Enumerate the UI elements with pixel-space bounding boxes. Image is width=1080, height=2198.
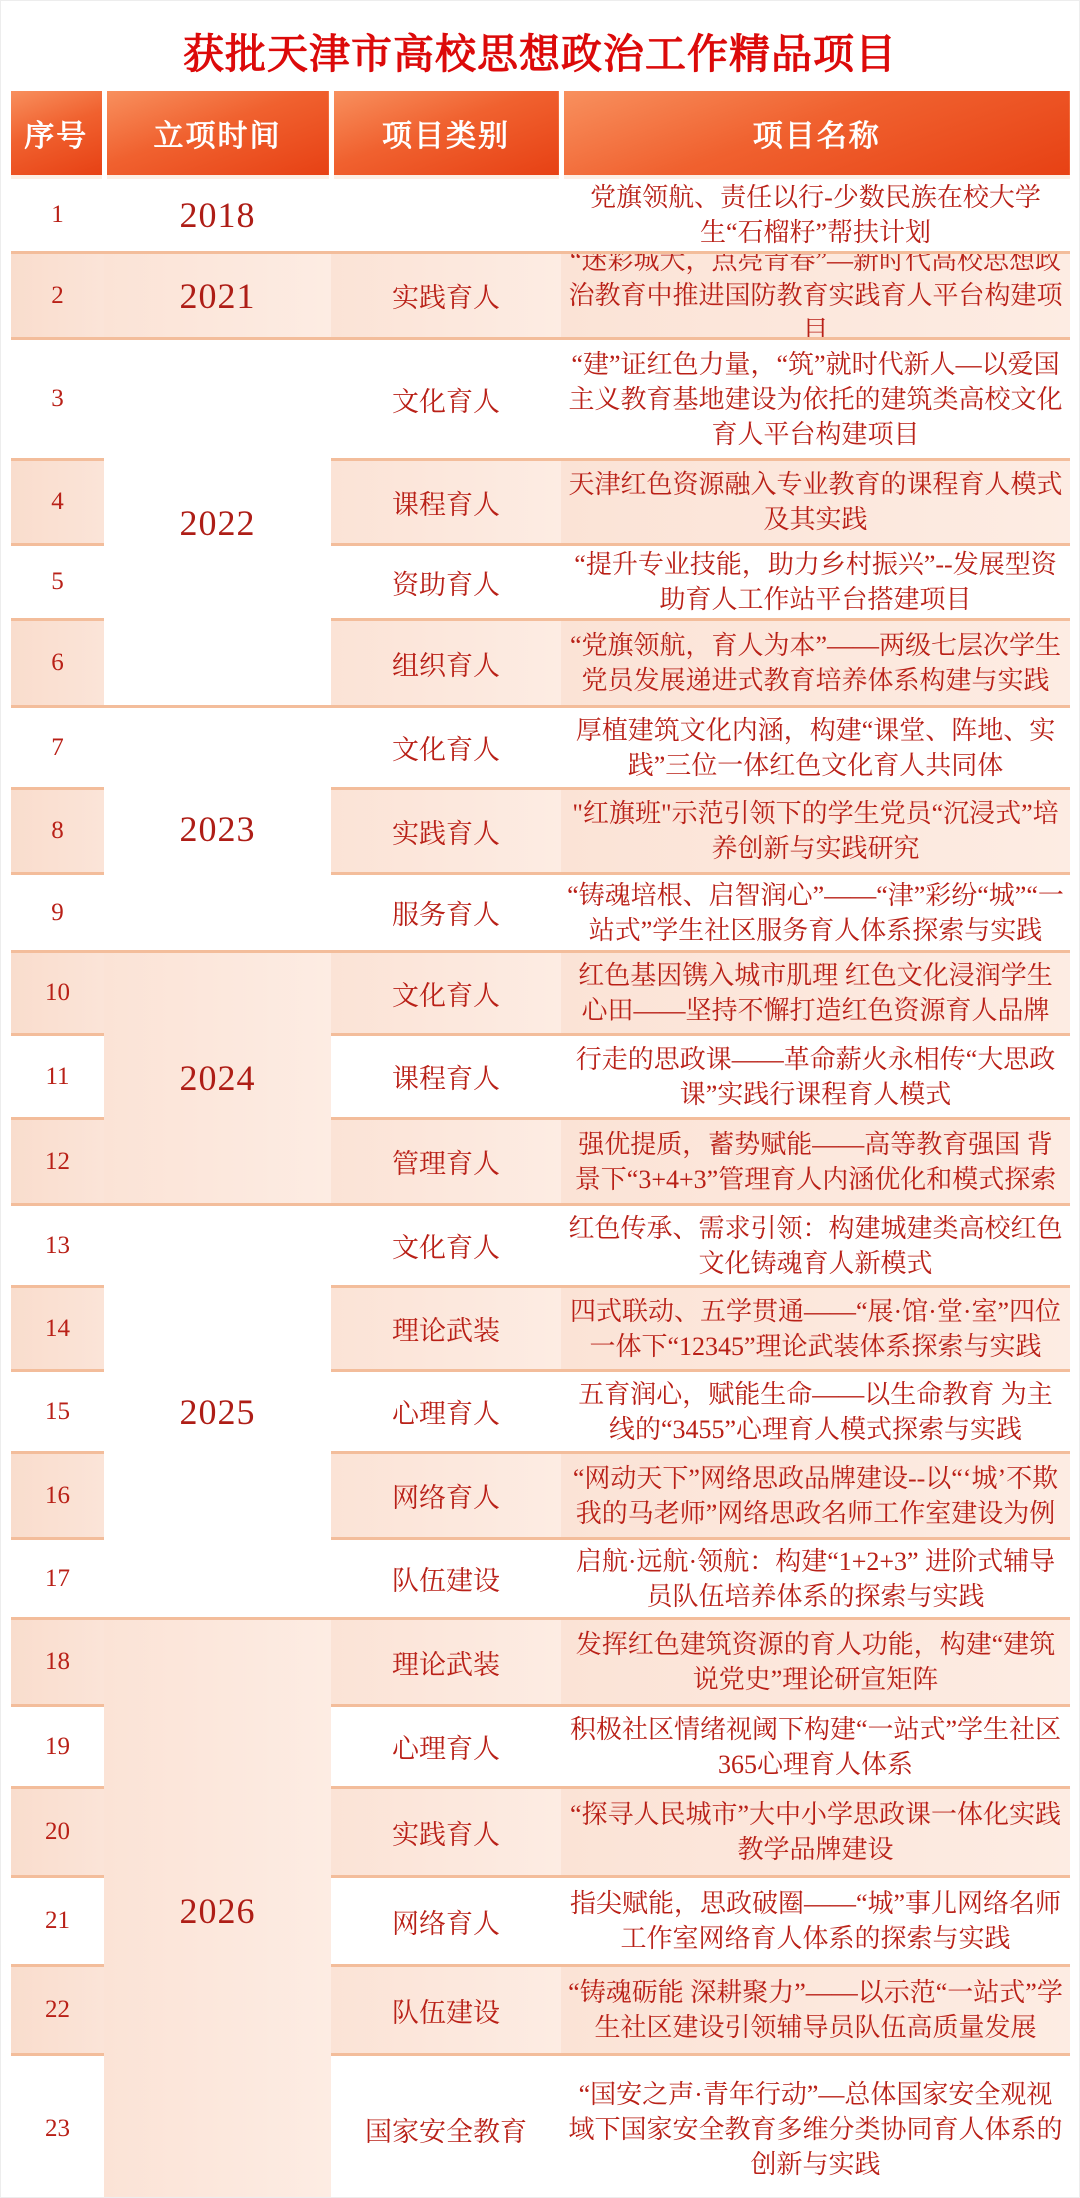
serial-number-cell: 16 xyxy=(11,1453,104,1539)
approval-year-cell: 2023 xyxy=(104,707,331,952)
project-name-text: 五育润心，赋能生命——以生命教育 为主线的“3455”心理育人模式探索与实践 xyxy=(567,1377,1064,1447)
project-name-cell: “铸魂培根、启智润心”——“津”彩纷“城”“一站式”学生社区服务育人体系探索与实… xyxy=(561,874,1070,952)
project-name-text: “铸魂培根、启智润心”——“津”彩纷“城”“一站式”学生社区服务育人体系探索与实… xyxy=(567,878,1064,948)
project-name-cell: 积极社区情绪视阈下构建“一站式”学生社区365心理育人体系 xyxy=(561,1706,1070,1788)
project-category-cell: 服务育人 xyxy=(331,874,561,952)
project-name-text: “提升专业技能，助力乡村振兴”--发展型资助育人工作站平台搭建项目 xyxy=(567,547,1064,617)
project-name-text: “国安之声·青年行动”—总体国家安全观视域下国家安全教育多维分类协同育人体系的创… xyxy=(567,2077,1064,2182)
serial-number-cell: 17 xyxy=(11,1539,104,1619)
project-name-text: 党旗领航、责任以行-少数民族在校大学生“石榴籽”帮扶计划 xyxy=(567,180,1064,250)
serial-number-cell: 11 xyxy=(11,1035,104,1119)
project-name-cell: “探寻人民城市”大中小学思政课一体化实践教学品牌建设 xyxy=(561,1788,1070,1877)
project-category-cell: 文化育人 xyxy=(331,707,561,789)
project-name-text: “探寻人民城市”大中小学思政课一体化实践教学品牌建设 xyxy=(567,1797,1064,1867)
table-card: 获批天津市高校思想政治工作精品项目 序号 立项时间 项目类别 项目名称 1201… xyxy=(0,0,1080,2198)
project-name-cell: “党旗领航，育人为本”——两级七层次学生党员发展递进式教育培养体系构建与实践 xyxy=(561,620,1070,707)
approval-year-cell: 2024 xyxy=(104,952,331,1205)
project-name-text: 红色传承、需求引领：构建城建类高校红色文化铸魂育人新模式 xyxy=(567,1211,1064,1281)
table-header: 序号 立项时间 项目类别 项目名称 xyxy=(11,91,1070,177)
table-row: 12018党旗领航、责任以行-少数民族在校大学生“石榴籽”帮扶计划 xyxy=(11,177,1070,253)
serial-number-cell: 10 xyxy=(11,952,104,1035)
project-category-cell: 文化育人 xyxy=(331,952,561,1035)
projects-table: 序号 立项时间 项目类别 项目名称 12018党旗领航、责任以行-少数民族在校大… xyxy=(11,91,1070,2198)
project-category-cell: 文化育人 xyxy=(331,1205,561,1287)
project-name-text: 强优提质，蓄势赋能——高等教育强国 背景下“3+4+3”管理育人内涵优化和模式探… xyxy=(567,1127,1064,1197)
project-name-cell: “建”证红色力量，“筑”就时代新人—以爱国主义教育基地建设为依托的建筑类高校文化… xyxy=(561,339,1070,460)
project-name-cell: 五育润心，赋能生命——以生命教育 为主线的“3455”心理育人模式探索与实践 xyxy=(561,1371,1070,1453)
project-name-cell: 四式联动、五学贯通——“展·馆·堂·室”四位一体下“12345”理论武装体系探索… xyxy=(561,1287,1070,1371)
project-name-text: “建”证红色力量，“筑”就时代新人—以爱国主义教育基地建设为依托的建筑类高校文化… xyxy=(567,347,1064,452)
table-row: 32022文化育人“建”证红色力量，“筑”就时代新人—以爱国主义教育基地建设为依… xyxy=(11,339,1070,460)
project-category-cell: 组织育人 xyxy=(331,620,561,707)
header-row: 序号 立项时间 项目类别 项目名称 xyxy=(11,91,1070,177)
serial-number-cell: 2 xyxy=(11,253,104,339)
project-name-cell: “迷彩城大，点亮青春”—新时代高校思想政治教育中推进国防教育实践育人平台构建项目 xyxy=(561,253,1070,339)
serial-number-cell: 13 xyxy=(11,1205,104,1287)
serial-number-cell: 23 xyxy=(11,2055,104,2198)
serial-number-cell: 15 xyxy=(11,1371,104,1453)
approval-year-cell: 2022 xyxy=(104,339,331,707)
project-category-cell: 资助育人 xyxy=(331,545,561,620)
serial-number-cell: 8 xyxy=(11,789,104,874)
serial-number-cell: 9 xyxy=(11,874,104,952)
serial-number-cell: 22 xyxy=(11,1966,104,2055)
project-category-cell: 管理育人 xyxy=(331,1119,561,1205)
project-name-text: 启航·远航·领航：构建“1+2+3” 进阶式辅导员队伍培养体系的探索与实践 xyxy=(567,1544,1064,1614)
project-category-cell: 实践育人 xyxy=(331,253,561,339)
serial-number-cell: 19 xyxy=(11,1706,104,1788)
project-name-cell: 天津红色资源融入专业教育的课程育人模式及其实践 xyxy=(561,460,1070,545)
table-row: 182026理论武装发挥红色建筑资源的育人功能，构建“建筑说党史”理论研宣矩阵 xyxy=(11,1619,1070,1706)
project-category-cell: 理论武装 xyxy=(331,1619,561,1706)
project-name-cell: “网动天下”网络思政品牌建设--以“‘城’不欺我的马老师”网络思政名师工作室建设… xyxy=(561,1453,1070,1539)
project-name-cell: “铸魂砺能 深耕聚力”——以示范“一站式”学生社区建设引领辅导员队伍高质量发展 xyxy=(561,1966,1070,2055)
project-name-cell: 启航·远航·领航：构建“1+2+3” 进阶式辅导员队伍培养体系的探索与实践 xyxy=(561,1539,1070,1619)
project-name-cell: 强优提质，蓄势赋能——高等教育强国 背景下“3+4+3”管理育人内涵优化和模式探… xyxy=(561,1119,1070,1205)
project-category-cell: 队伍建设 xyxy=(331,1966,561,2055)
project-name-text: “网动天下”网络思政品牌建设--以“‘城’不欺我的马老师”网络思政名师工作室建设… xyxy=(567,1461,1064,1531)
serial-number-cell: 20 xyxy=(11,1788,104,1877)
project-category-cell xyxy=(331,177,561,253)
serial-number-cell: 18 xyxy=(11,1619,104,1706)
table-row: 22021实践育人“迷彩城大，点亮青春”—新时代高校思想政治教育中推进国防教育实… xyxy=(11,253,1070,339)
approval-year-cell: 2025 xyxy=(104,1205,331,1619)
project-category-cell: 实践育人 xyxy=(331,789,561,874)
project-name-cell: 红色基因镌入城市肌理 红色文化浸润学生心田——坚持不懈打造红色资源育人品牌 xyxy=(561,952,1070,1035)
serial-number-cell: 14 xyxy=(11,1287,104,1371)
table-body: 12018党旗领航、责任以行-少数民族在校大学生“石榴籽”帮扶计划22021实践… xyxy=(11,177,1070,2198)
project-name-cell: 发挥红色建筑资源的育人功能，构建“建筑说党史”理论研宣矩阵 xyxy=(561,1619,1070,1706)
approval-year-cell: 2026 xyxy=(104,1619,331,2198)
approval-year-cell: 2018 xyxy=(104,177,331,253)
project-name-cell: 行走的思政课——革命薪火永相传“大思政课”实践行课程育人模式 xyxy=(561,1035,1070,1119)
project-category-cell: 心理育人 xyxy=(331,1706,561,1788)
header-approval-year: 立项时间 xyxy=(104,91,331,177)
serial-number-cell: 1 xyxy=(11,177,104,253)
project-name-cell: “国安之声·青年行动”—总体国家安全观视域下国家安全教育多维分类协同育人体系的创… xyxy=(561,2055,1070,2198)
project-name-cell: 红色传承、需求引领：构建城建类高校红色文化铸魂育人新模式 xyxy=(561,1205,1070,1287)
project-name-text: 红色基因镌入城市肌理 红色文化浸润学生心田——坚持不懈打造红色资源育人品牌 xyxy=(567,958,1064,1028)
project-name-text: 厚植建筑文化内涵，构建“课堂、阵地、实践”三位一体红色文化育人共同体 xyxy=(567,713,1064,783)
project-category-cell: 实践育人 xyxy=(331,1788,561,1877)
serial-number-cell: 4 xyxy=(11,460,104,545)
serial-number-cell: 3 xyxy=(11,339,104,460)
project-category-cell: 网络育人 xyxy=(331,1877,561,1966)
project-name-cell: 党旗领航、责任以行-少数民族在校大学生“石榴籽”帮扶计划 xyxy=(561,177,1070,253)
header-project-category: 项目类别 xyxy=(331,91,561,177)
project-category-cell: 理论武装 xyxy=(331,1287,561,1371)
project-name-text: “迷彩城大，点亮青春”—新时代高校思想政治教育中推进国防教育实践育人平台构建项目 xyxy=(567,254,1064,337)
project-category-cell: 队伍建设 xyxy=(331,1539,561,1619)
project-category-cell: 课程育人 xyxy=(331,1035,561,1119)
project-category-cell: 课程育人 xyxy=(331,460,561,545)
header-serial-number: 序号 xyxy=(11,91,104,177)
table-row: 72023文化育人厚植建筑文化内涵，构建“课堂、阵地、实践”三位一体红色文化育人… xyxy=(11,707,1070,789)
project-category-cell: 国家安全教育 xyxy=(331,2055,561,2198)
project-name-text: "红旗班"示范引领下的学生党员“沉浸式”培养创新与实践研究 xyxy=(567,796,1064,866)
project-category-cell: 心理育人 xyxy=(331,1371,561,1453)
serial-number-cell: 5 xyxy=(11,545,104,620)
project-name-text: 指尖赋能，思政破圈——“城”事儿网络名师工作室网络育人体系的探索与实践 xyxy=(567,1886,1064,1956)
project-name-cell: “提升专业技能，助力乡村振兴”--发展型资助育人工作站平台搭建项目 xyxy=(561,545,1070,620)
project-name-text: 行走的思政课——革命薪火永相传“大思政课”实践行课程育人模式 xyxy=(567,1042,1064,1112)
project-name-text: 四式联动、五学贯通——“展·馆·堂·室”四位一体下“12345”理论武装体系探索… xyxy=(567,1294,1064,1364)
project-name-cell: "红旗班"示范引领下的学生党员“沉浸式”培养创新与实践研究 xyxy=(561,789,1070,874)
serial-number-cell: 7 xyxy=(11,707,104,789)
project-name-text: 发挥红色建筑资源的育人功能，构建“建筑说党史”理论研宣矩阵 xyxy=(567,1627,1064,1697)
project-name-text: 积极社区情绪视阈下构建“一站式”学生社区365心理育人体系 xyxy=(567,1712,1064,1782)
page-title: 获批天津市高校思想政治工作精品项目 xyxy=(11,9,1069,91)
project-name-text: 天津红色资源融入专业教育的课程育人模式及其实践 xyxy=(567,467,1064,537)
project-name-text: “党旗领航，育人为本”——两级七层次学生党员发展递进式教育培养体系构建与实践 xyxy=(567,628,1064,698)
project-name-cell: 厚植建筑文化内涵，构建“课堂、阵地、实践”三位一体红色文化育人共同体 xyxy=(561,707,1070,789)
table-row: 102024文化育人红色基因镌入城市肌理 红色文化浸润学生心田——坚持不懈打造红… xyxy=(11,952,1070,1035)
serial-number-cell: 12 xyxy=(11,1119,104,1205)
project-category-cell: 文化育人 xyxy=(331,339,561,460)
approval-year-cell: 2021 xyxy=(104,253,331,339)
table-row: 132025文化育人红色传承、需求引领：构建城建类高校红色文化铸魂育人新模式 xyxy=(11,1205,1070,1287)
serial-number-cell: 21 xyxy=(11,1877,104,1966)
project-name-text: “铸魂砺能 深耕聚力”——以示范“一站式”学生社区建设引领辅导员队伍高质量发展 xyxy=(567,1975,1064,2045)
header-project-name: 项目名称 xyxy=(561,91,1070,177)
serial-number-cell: 6 xyxy=(11,620,104,707)
project-name-cell: 指尖赋能，思政破圈——“城”事儿网络名师工作室网络育人体系的探索与实践 xyxy=(561,1877,1070,1966)
project-category-cell: 网络育人 xyxy=(331,1453,561,1539)
